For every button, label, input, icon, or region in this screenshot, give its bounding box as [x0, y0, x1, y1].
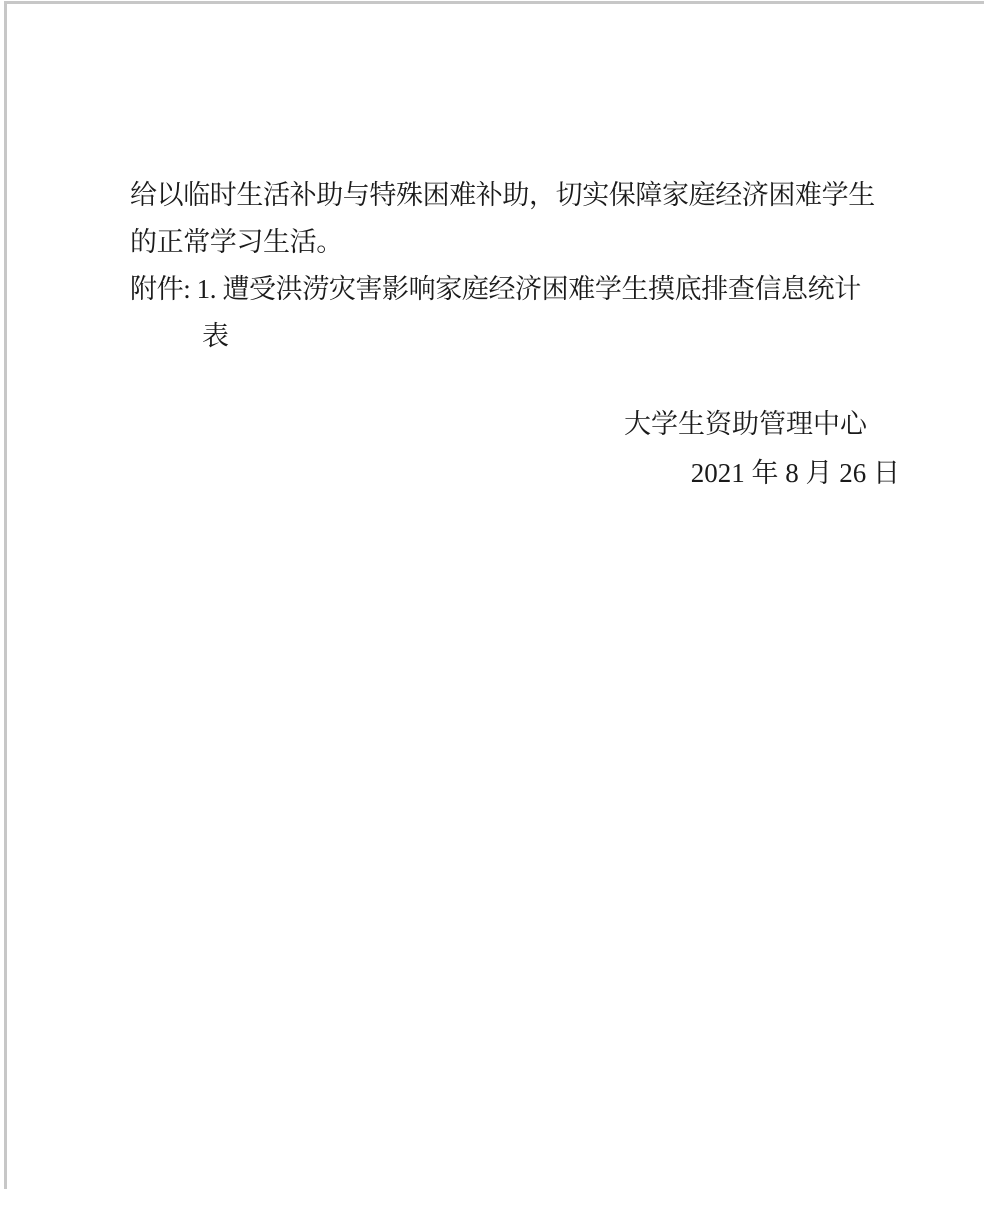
- body-line-2: 的正常学习生活。: [130, 219, 898, 266]
- body-line-1: 给以临时生活补助与特殊困难补助，切实保障家庭经济困难学生: [130, 172, 898, 219]
- attachment-line: 附件: 1. 遭受洪涝灾害影响家庭经济困难学生摸底排查信息统计: [130, 266, 898, 313]
- attachment-line-continuation: 表: [130, 313, 898, 360]
- document-body: 给以临时生活补助与特殊困难补助，切实保障家庭经济困难学生 的正常学习生活。 附件…: [130, 172, 898, 360]
- page-border-left: [4, 1, 7, 1189]
- document-page: 给以临时生活补助与特殊困难补助，切实保障家庭经济困难学生 的正常学习生活。 附件…: [0, 0, 984, 1211]
- page-border-top: [5, 1, 984, 4]
- signature-organization: 大学生资助管理中心: [624, 408, 867, 440]
- signature-date: 2021 年 8 月 26 日: [691, 457, 900, 489]
